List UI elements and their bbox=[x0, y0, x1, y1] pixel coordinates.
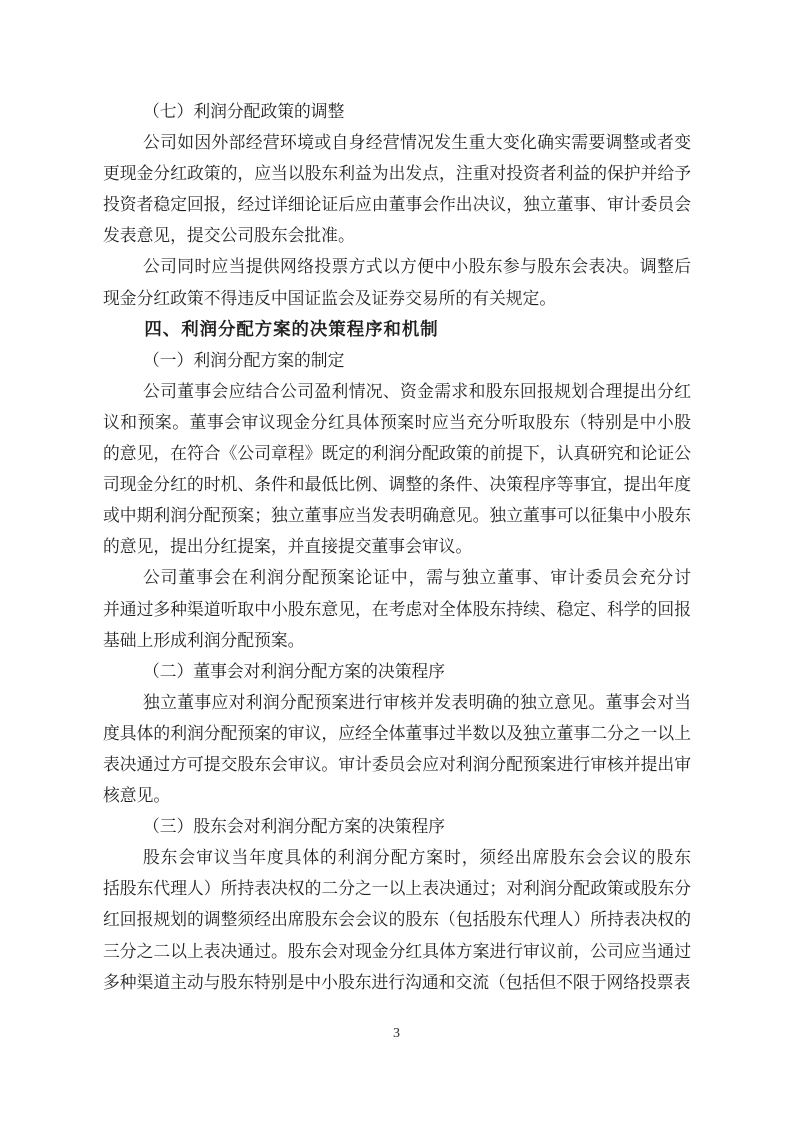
text-line: 并通过多种渠道听取中小股东意见，在考虑对全体股东持续、稳定、科学的回报 bbox=[103, 594, 691, 625]
sub-heading: （七）利润分配政策的调整 bbox=[103, 96, 691, 127]
text-line: 四、利润分配方案的决策程序和机制 bbox=[103, 314, 691, 345]
text-line: 核意见。 bbox=[103, 780, 691, 811]
text-line: 括股东代理人）所持表决权的二分之一以上表决通过；对利润分配政策或股东分 bbox=[103, 873, 691, 904]
document-page: （七）利润分配政策的调整公司如因外部经营环境或自身经营情况发生重大变化确实需要调… bbox=[0, 0, 793, 1122]
text-line: 投资者稳定回报，经过详细论证后应由董事会作出决议，独立董事、审计委员会 bbox=[103, 189, 691, 220]
page-number: 3 bbox=[0, 1026, 793, 1042]
text-line: 红回报规划的调整须经出席股东会会议的股东（包括股东代理人）所持表决权的 bbox=[103, 904, 691, 935]
text-line: （一）利润分配方案的制定 bbox=[103, 345, 691, 376]
text-line: 的意见，提出分红提案，并直接提交董事会审议。 bbox=[103, 531, 691, 562]
text-line: 或中期利润分配预案；独立董事应当发表明确意见。独立董事可以征集中小股东 bbox=[103, 500, 691, 531]
paragraph: 公司董事会应结合公司盈利情况、资金需求和股东回报规划合理提出分红建议和预案。董事… bbox=[103, 376, 691, 563]
text-line: （七）利润分配政策的调整 bbox=[103, 96, 691, 127]
text-line: 公司董事会在利润分配预案论证中，需与独立董事、审计委员会充分讨论， bbox=[103, 562, 691, 593]
text-line: 表决通过方可提交股东会审议。审计委员会应对利润分配预案进行审核并提出审 bbox=[103, 749, 691, 780]
text-line: 公司董事会应结合公司盈利情况、资金需求和股东回报规划合理提出分红建 bbox=[103, 376, 691, 407]
paragraph: 公司如因外部经营环境或自身经营情况发生重大变化确实需要调整或者变更现金分红政策的… bbox=[103, 127, 691, 251]
text-line: 独立董事应对利润分配预案进行审核并发表明确的独立意见。董事会对当年 bbox=[103, 687, 691, 718]
sub-heading: （一）利润分配方案的制定 bbox=[103, 345, 691, 376]
text-line: 三分之二以上表决通过。股东会对现金分红具体方案进行审议前，公司应当通过 bbox=[103, 936, 691, 967]
text-line: （三）股东会对利润分配方案的决策程序 bbox=[103, 811, 691, 842]
text-line: （二）董事会对利润分配方案的决策程序 bbox=[103, 656, 691, 687]
text-line: 现金分红政策不得违反中国证监会及证券交易所的有关规定。 bbox=[103, 283, 691, 314]
text-line: 股东会审议当年度具体的利润分配方案时，须经出席股东会会议的股东（包 bbox=[103, 842, 691, 873]
text-line: 度具体的利润分配预案的审议，应经全体董事过半数以及独立董事二分之一以上 bbox=[103, 718, 691, 749]
text-line: 发表意见，提交公司股东会批准。 bbox=[103, 220, 691, 251]
text-line: 的意见，在符合《公司章程》既定的利润分配政策的前提下，认真研究和论证公 bbox=[103, 438, 691, 469]
text-line: 更现金分红政策的，应当以股东利益为出发点，注重对投资者利益的保护并给予 bbox=[103, 158, 691, 189]
sub-heading: （二）董事会对利润分配方案的决策程序 bbox=[103, 656, 691, 687]
text-line: 司现金分红的时机、条件和最低比例、调整的条件、决策程序等事宜，提出年度 bbox=[103, 469, 691, 500]
text-line: 公司同时应当提供网络投票方式以方便中小股东参与股东会表决。调整后的 bbox=[103, 251, 691, 282]
paragraph: 公司董事会在利润分配预案论证中，需与独立董事、审计委员会充分讨论，并通过多种渠道… bbox=[103, 562, 691, 655]
section-heading: 四、利润分配方案的决策程序和机制 bbox=[103, 314, 691, 345]
text-line: 基础上形成利润分配预案。 bbox=[103, 625, 691, 656]
paragraph: 独立董事应对利润分配预案进行审核并发表明确的独立意见。董事会对当年度具体的利润分… bbox=[103, 687, 691, 811]
paragraph: 股东会审议当年度具体的利润分配方案时，须经出席股东会会议的股东（包括股东代理人）… bbox=[103, 842, 691, 997]
sub-heading: （三）股东会对利润分配方案的决策程序 bbox=[103, 811, 691, 842]
text-line: 议和预案。董事会审议现金分红具体预案时应当充分听取股东（特别是中小股东） bbox=[103, 407, 691, 438]
text-line: 多种渠道主动与股东特别是中小股东进行沟通和交流（包括但不限于网络投票表 bbox=[103, 967, 691, 998]
text-line: 公司如因外部经营环境或自身经营情况发生重大变化确实需要调整或者变 bbox=[103, 127, 691, 158]
paragraph: 公司同时应当提供网络投票方式以方便中小股东参与股东会表决。调整后的现金分红政策不… bbox=[103, 251, 691, 313]
document-body: （七）利润分配政策的调整公司如因外部经营环境或自身经营情况发生重大变化确实需要调… bbox=[103, 96, 691, 998]
